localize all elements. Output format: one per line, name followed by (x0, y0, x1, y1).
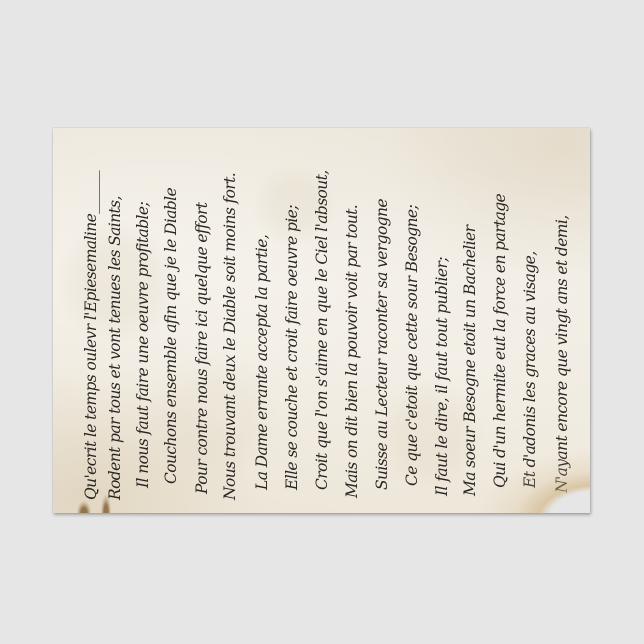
manuscript-line: Rodent par tous et vont tenues les Saint… (108, 196, 124, 500)
manuscript-line: Et d'adonis les graces au visage, (523, 251, 539, 488)
manuscript-line: Suisse au Lecteur raconter sa vergogne (375, 199, 391, 490)
manuscript-line: Il nous faut faire une oeuvre profitable… (136, 202, 152, 488)
manuscript-page: Qu'ecrit le temps oulevr l'Epiesemaline_… (53, 128, 590, 513)
manuscript-line: Couchons ensemble afin que je le Diable (164, 188, 180, 484)
manuscript-line: Qui d'un hermite eut la force en partage (493, 194, 509, 488)
manuscript-line: Il faut le dire, il faut tout publier; (435, 257, 451, 496)
ink-stain (77, 501, 91, 513)
manuscript-line: N'ayant encore que vingt ans et demi, (555, 215, 571, 493)
manuscript-lines: Qu'ecrit le temps oulevr l'Epiesemaline_… (53, 128, 590, 513)
manuscript-line: Croit que l'on s'aime en que le Ciel l'a… (315, 170, 331, 490)
manuscript-line: Mais on dit bien la pouvoir voit par tou… (345, 205, 361, 498)
manuscript-line: Qu'ecrit le temps oulevr l'Epiesemaline_… (84, 171, 100, 500)
ink-stain (101, 495, 111, 513)
manuscript-line: Nous trouvant deux le Diable soit moins … (223, 173, 239, 500)
manuscript-line: Elle se couche et croit faire oeuvre pie… (285, 205, 301, 490)
manuscript-line: La Dame errante accepta la partie, (255, 235, 271, 490)
manuscript-line: Ma soeur Besogne etoit un Bachelier (463, 226, 479, 496)
canvas-background: Qu'ecrit le temps oulevr l'Epiesemaline_… (0, 0, 644, 644)
manuscript-line: Pour contre nous faire ici quelque effor… (195, 203, 211, 494)
manuscript-line: Ce que c'etoit que cette sour Besogne; (405, 205, 421, 486)
